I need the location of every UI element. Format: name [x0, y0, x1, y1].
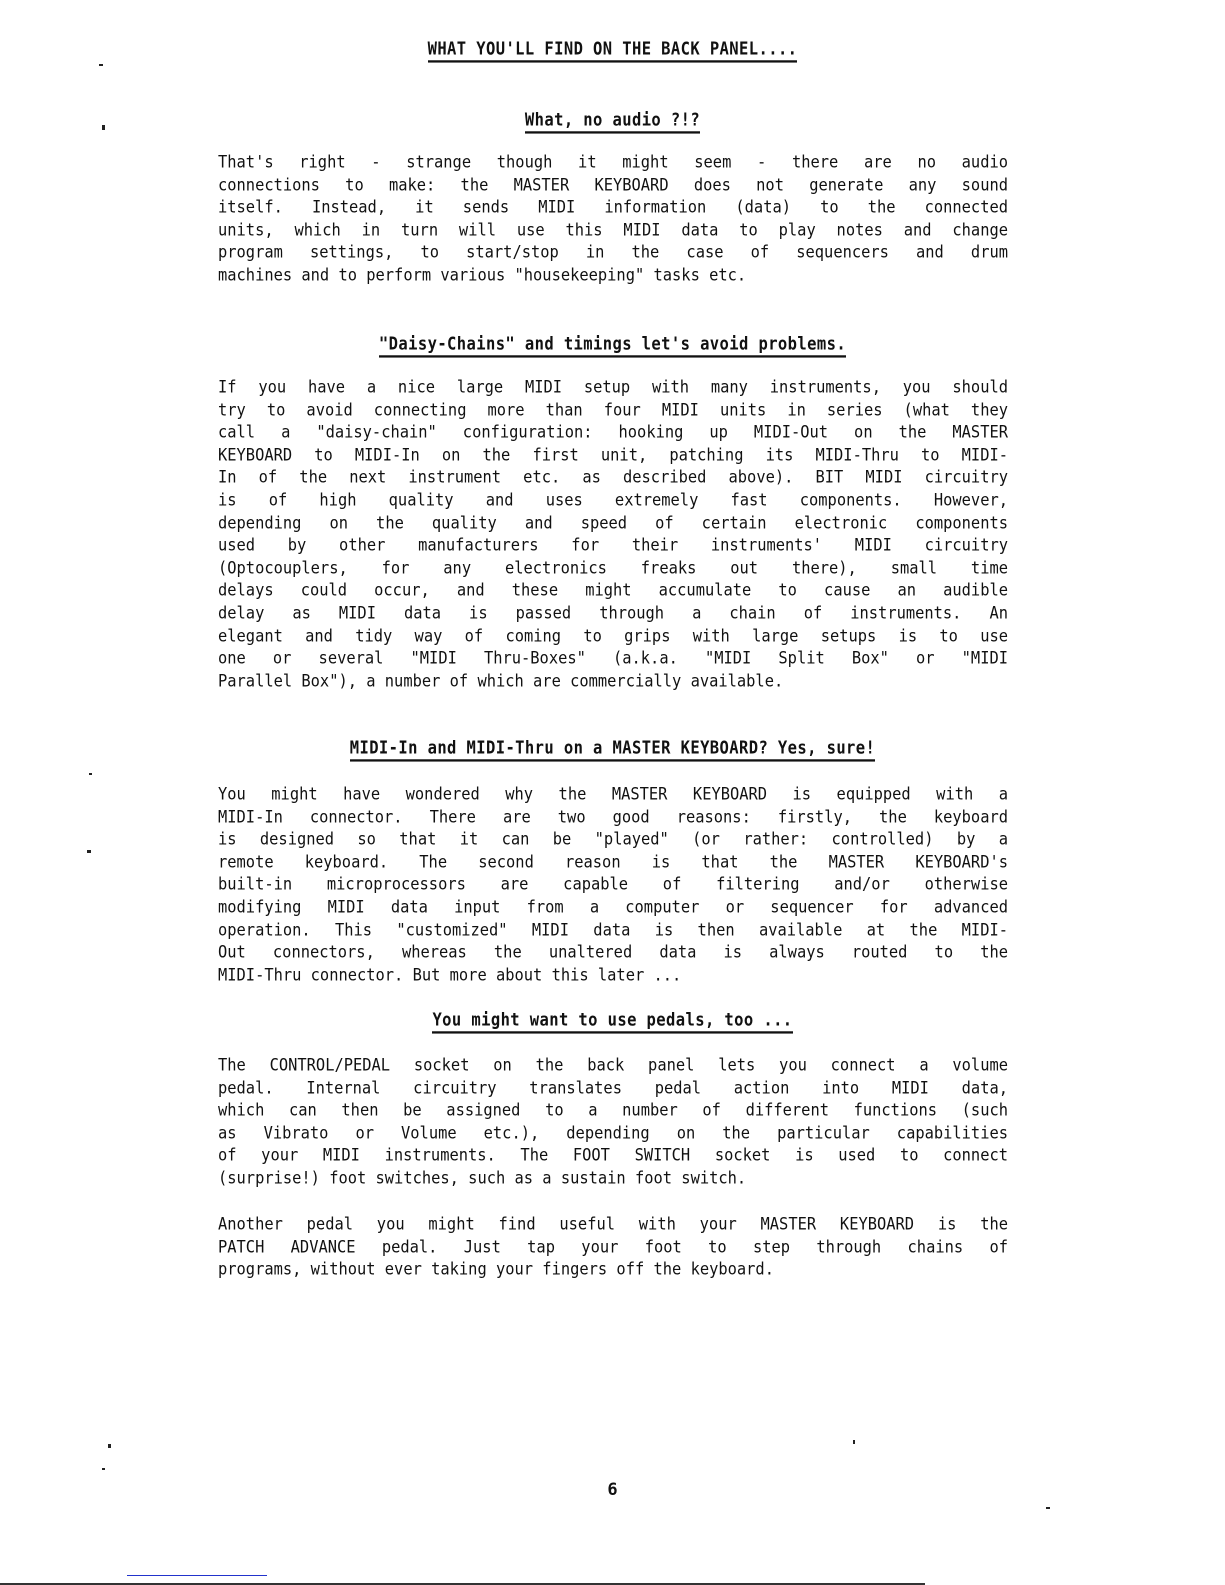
- text-line: is designed so that it can be "played" (…: [218, 827, 1008, 852]
- text-line: (Optocouplers, for any electronics freak…: [218, 556, 1008, 581]
- page-number: 6: [0, 1480, 1225, 1500]
- text-line: try to avoid connecting more than four M…: [218, 397, 1008, 422]
- text-line: built-in microprocessors are capable of …: [218, 872, 1008, 897]
- text-line: depending on the quality and speed of ce…: [218, 510, 1008, 535]
- text-line: which can then be assigned to a number o…: [218, 1098, 1008, 1123]
- text-line: used by other manufacturers for their in…: [218, 533, 1008, 558]
- text-line: is of high quality and uses extremely fa…: [218, 488, 1008, 513]
- text-line: call a "daisy-chain" configuration: hook…: [218, 420, 1008, 445]
- section-heading-midi-in-thru: MIDI-In and MIDI-Thru on a MASTER KEYBOA…: [0, 739, 1225, 760]
- scan-speck: [1046, 1507, 1050, 1509]
- section-heading-text: What, no audio ?!?: [525, 109, 700, 133]
- text-line: delays could occur, and these might accu…: [218, 578, 1008, 603]
- text-line: PATCH ADVANCE pedal. Just tap your foot …: [218, 1234, 1008, 1259]
- text-line: You might have wondered why the MASTER K…: [218, 782, 1008, 807]
- section-heading-text: You might want to use pedals, too ...: [432, 1009, 792, 1033]
- text-line: modifying MIDI data input from a compute…: [218, 895, 1008, 920]
- scan-speck: [108, 1444, 111, 1448]
- scan-speck: [99, 64, 103, 66]
- text-line: The CONTROL/PEDAL socket on the back pan…: [218, 1053, 1008, 1078]
- text-line: units, which in turn will use this MIDI …: [218, 218, 1008, 243]
- paragraph-midi-in-thru: You might have wondered why the MASTER K…: [218, 783, 1008, 986]
- scan-edge-line: [127, 1575, 267, 1576]
- section-heading-no-audio: What, no audio ?!?: [0, 111, 1225, 132]
- scan-speck: [87, 850, 91, 853]
- paragraph-pedals: The CONTROL/PEDAL socket on the back pan…: [218, 1054, 1008, 1190]
- text-line: machines and to perform various "houseke…: [218, 263, 1008, 288]
- text-line: operation. This "customized" MIDI data i…: [218, 917, 1008, 942]
- text-line: elegant and tidy way of coming to grips …: [218, 623, 1008, 648]
- scan-speck: [89, 773, 92, 775]
- text-line: MIDI-In connector. There are two good re…: [218, 804, 1008, 829]
- scan-speck: [853, 1440, 855, 1444]
- text-line: delay as MIDI data is passed through a c…: [218, 601, 1008, 626]
- paragraph-daisy-chains: If you have a nice large MIDI setup with…: [218, 376, 1008, 692]
- page-title: WHAT YOU'LL FIND ON THE BACK PANEL....: [0, 40, 1225, 61]
- section-heading-pedals: You might want to use pedals, too ...: [0, 1011, 1225, 1032]
- text-line: connections to make: the MASTER KEYBOARD…: [218, 172, 1008, 197]
- scan-speck: [102, 1468, 105, 1470]
- paragraph-no-audio: That's right - strange though it might s…: [218, 151, 1008, 287]
- text-line: Parallel Box"), a number of which are co…: [218, 669, 1008, 694]
- text-line: Out connectors, whereas the unaltered da…: [218, 940, 1008, 965]
- text-line: That's right - strange though it might s…: [218, 150, 1008, 175]
- text-line: programs, without ever taking your finge…: [218, 1257, 1008, 1282]
- text-line: pedal. Internal circuitry translates ped…: [218, 1075, 1008, 1100]
- text-line: In of the next instrument etc. as descri…: [218, 465, 1008, 490]
- text-line: of your MIDI instruments. The FOOT SWITC…: [218, 1143, 1008, 1168]
- section-heading-daisy-chains: "Daisy-Chains" and timings let's avoid p…: [0, 335, 1225, 356]
- text-line: program settings, to start/stop in the c…: [218, 240, 1008, 265]
- text-line: itself. Instead, it sends MIDI informati…: [218, 195, 1008, 220]
- paragraph-patch-advance: Another pedal you might find useful with…: [218, 1213, 1008, 1281]
- text-line: as Vibrato or Volume etc.), depending on…: [218, 1121, 1008, 1146]
- text-line: one or several "MIDI Thru-Boxes" (a.k.a.…: [218, 646, 1008, 671]
- text-line: Another pedal you might find useful with…: [218, 1212, 1008, 1237]
- text-line: MIDI-Thru connector. But more about this…: [218, 963, 1008, 988]
- text-line: KEYBOARD to MIDI-In on the first unit, p…: [218, 443, 1008, 468]
- text-line: If you have a nice large MIDI setup with…: [218, 375, 1008, 400]
- section-heading-text: MIDI-In and MIDI-Thru on a MASTER KEYBOA…: [350, 737, 876, 761]
- text-line: remote keyboard. The second reason is th…: [218, 850, 1008, 875]
- text-line: (surprise!) foot switches, such as a sus…: [218, 1166, 1008, 1191]
- page-title-text: WHAT YOU'LL FIND ON THE BACK PANEL....: [428, 38, 798, 62]
- document-page: WHAT YOU'LL FIND ON THE BACK PANEL.... W…: [0, 0, 1225, 1585]
- scan-speck: [102, 125, 105, 130]
- section-heading-text: "Daisy-Chains" and timings let's avoid p…: [379, 333, 846, 357]
